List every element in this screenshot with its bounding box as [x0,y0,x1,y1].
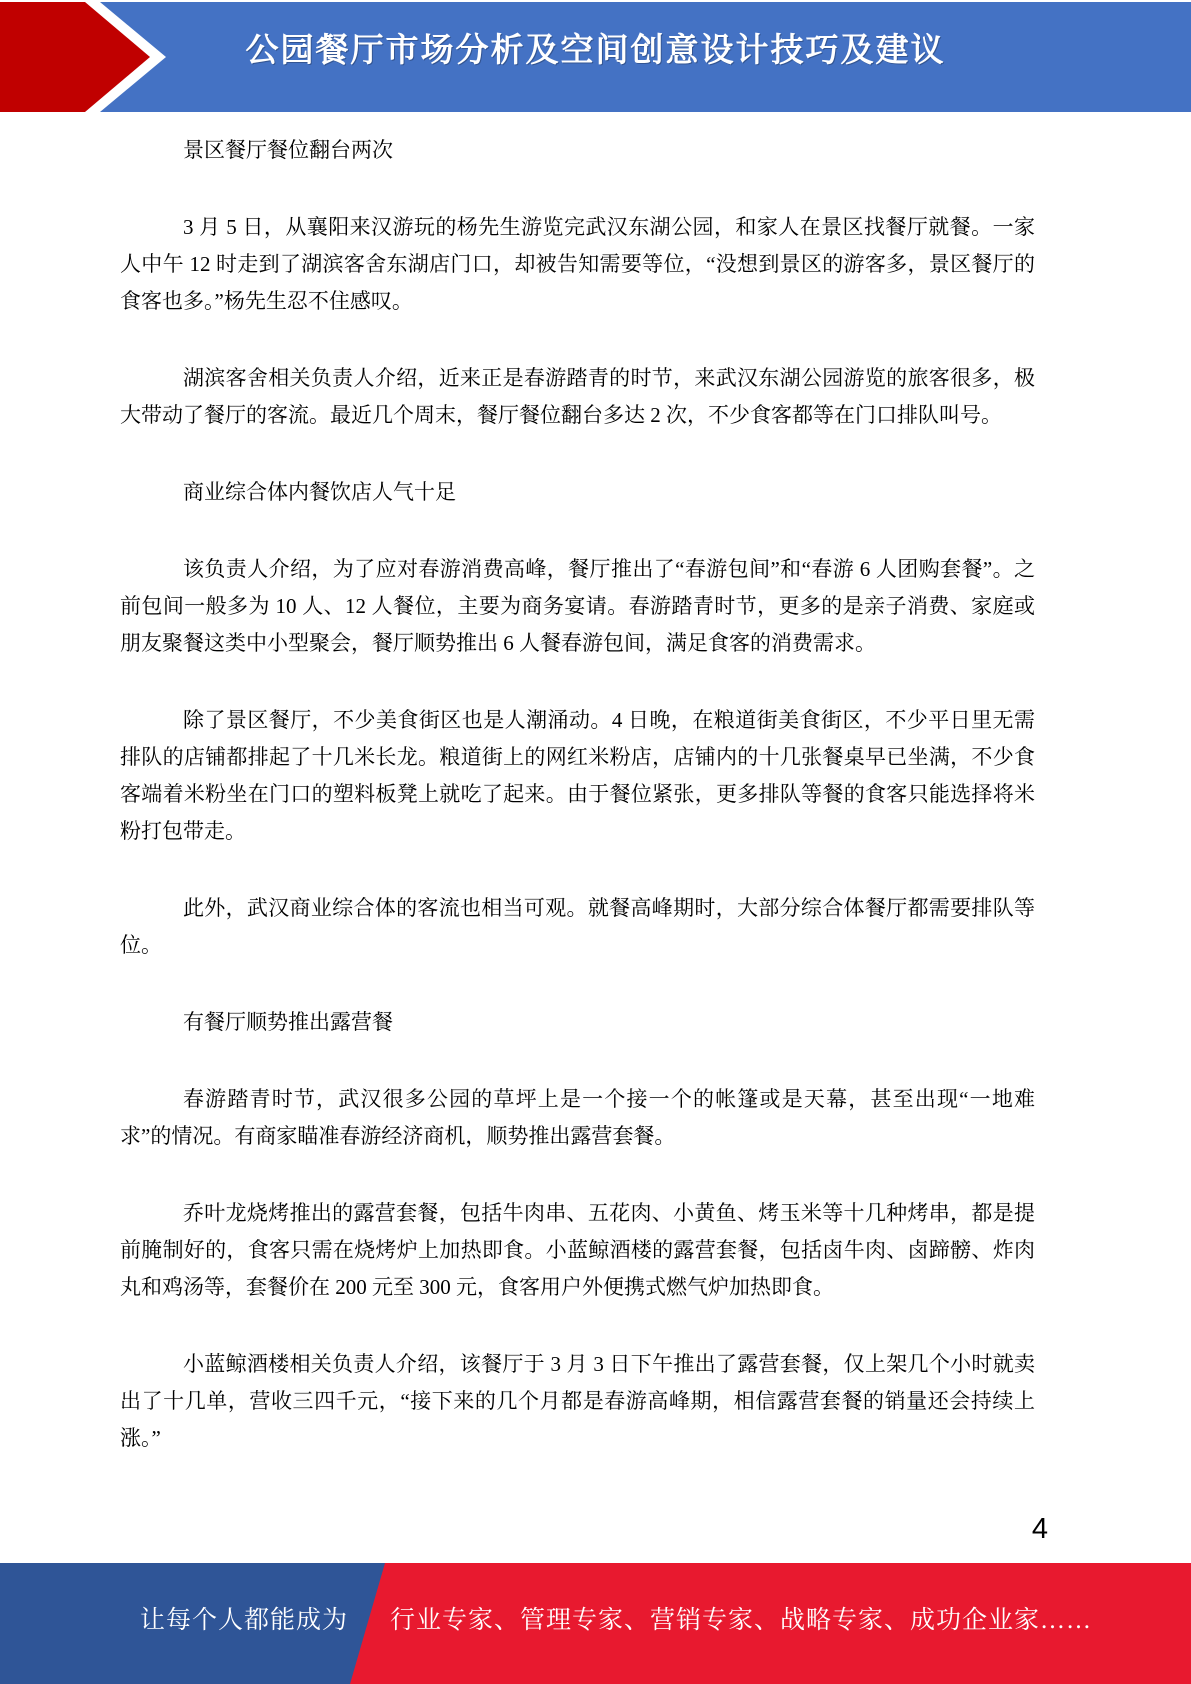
body-paragraph: 3 月 5 日，从襄阳来汉游玩的杨先生游览完武汉东湖公园，和家人在景区找餐厅就餐… [120,209,1035,320]
footer-slogan-right: 行业专家、管理专家、营销专家、战略专家、成功企业家…… [390,1606,1092,1636]
document-body: 景区餐厅餐位翻台两次3 月 5 日，从襄阳来汉游玩的杨先生游览完武汉东湖公园，和… [120,132,1035,1457]
body-paragraph: 春游踏青时节，武汉很多公园的草坪上是一个接一个的帐篷或是天幕，甚至出现“一地难求… [120,1081,1035,1155]
footer-slogan-left: 让每个人都能成为 [140,1606,348,1636]
body-paragraph: 此外，武汉商业综合体的客流也相当可观。就餐高峰期时，大部分综合体餐厅都需要排队等… [120,890,1035,964]
body-paragraph: 湖滨客舍相关负责人介绍，近来正是春游踏青的时节，来武汉东湖公园游览的旅客很多，极… [120,360,1035,434]
body-paragraph: 乔叶龙烧烤推出的露营套餐，包括牛肉串、五花肉、小黄鱼、烤玉米等十几种烤串，都是提… [120,1195,1035,1306]
body-paragraph: 小蓝鲸酒楼相关负责人介绍，该餐厅于 3 月 3 日下午推出了露营套餐，仅上架几个… [120,1346,1035,1457]
body-paragraph: 除了景区餐厅，不少美食街区也是人潮涌动。4 日晚，在粮道街美食街区，不少平日里无… [120,702,1035,850]
section-heading: 景区餐厅餐位翻台两次 [120,132,1035,169]
section-heading: 商业综合体内餐饮店人气十足 [120,474,1035,511]
footer-band: 让每个人都能成为 行业专家、管理专家、营销专家、战略专家、成功企业家…… [0,1563,1191,1684]
header-banner: 公园餐厅市场分析及空间创意设计技巧及建议 [0,2,1191,112]
page-number: 4 [0,1512,1048,1546]
section-heading: 有餐厅顺势推出露营餐 [120,1004,1035,1041]
page-title: 公园餐厅市场分析及空间创意设计技巧及建议 [0,26,1191,74]
body-paragraph: 该负责人介绍，为了应对春游消费高峰，餐厅推出了“春游包间”和“春游 6 人团购套… [120,551,1035,662]
